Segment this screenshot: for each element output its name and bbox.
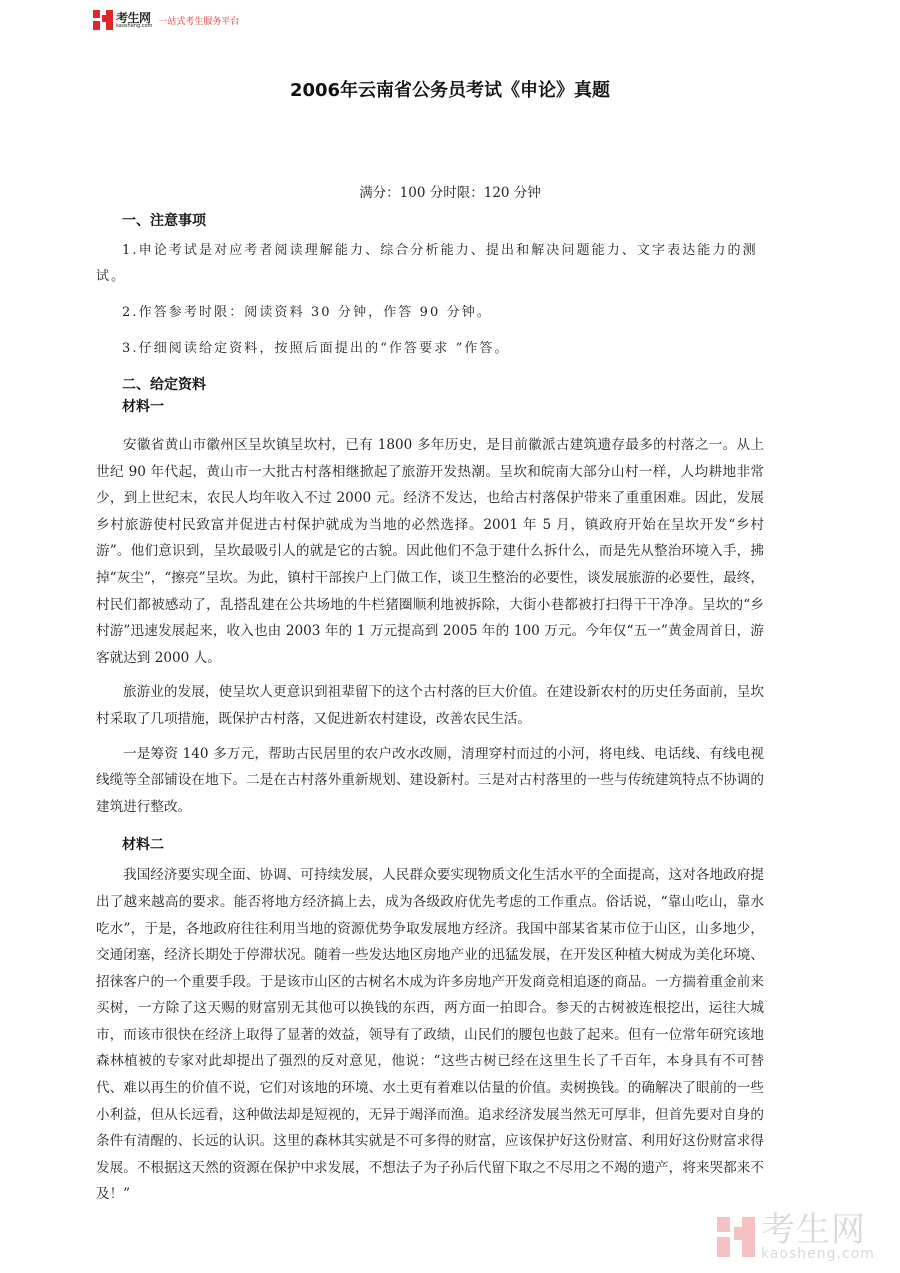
material-1-paragraph: 安徽省黄山市徽州区呈坎镇呈坎村，已有 1800 多年历史，是目前徽派古建筑遗存最… [96, 432, 764, 671]
section-heading-materials: 二、给定资料 [122, 374, 764, 396]
document-title: 2006年云南省公务员考试《申论》真题 [0, 76, 900, 102]
kaosheng-logo-icon [93, 10, 113, 30]
exam-meta: 满分：100 分时限：120 分钟 [0, 181, 900, 201]
slogan: 一站式考生服务平台 [158, 14, 239, 27]
material-1-paragraph: 旅游业的发展，使呈坎人更意识到祖辈留下的这个古村落的巨大价值。在建设新农村的历史… [96, 679, 764, 732]
watermark: 考生网 kaosheng.com [717, 1213, 875, 1261]
watermark-text: 考生网 kaosheng.com [761, 1213, 875, 1261]
watermark-en: kaosheng.com [761, 1247, 875, 1261]
document-body: 一、注意事项 1.申论考试是对应考者阅读理解能力、综合分析能力、提出和解决问题能… [96, 210, 764, 1208]
site-header: 考生网 kaosheng.com 一站式考生服务平台 [93, 7, 239, 33]
logo-cn: 考生网 [116, 12, 152, 24]
material-2-heading: 材料二 [122, 834, 764, 856]
material-1-paragraph: 一是筹资 140 多万元，帮助古民居里的农户改水改厕，清理穿村而过的小河，将电线… [96, 741, 764, 821]
note-item-2: 2.作答参考时限：阅读资料 30 分钟，作答 90 分钟。 [96, 300, 764, 326]
section-heading-notes: 一、注意事项 [122, 210, 764, 232]
note-item-3: 3.仔细阅读给定资料，按照后面提出的“作答要求 ”作答。 [96, 336, 764, 362]
watermark-cn: 考生网 [761, 1213, 875, 1247]
watermark-logo-icon [717, 1217, 755, 1257]
material-1-heading: 材料一 [122, 396, 764, 418]
logo-text: 考生网 kaosheng.com [116, 12, 152, 29]
logo-en: kaosheng.com [116, 24, 152, 29]
note-item-1: 1.申论考试是对应考者阅读理解能力、综合分析能力、提出和解决问题能力、文字表达能… [96, 238, 764, 290]
material-2-paragraph: 我国经济要实现全面、协调、可持续发展，人民群众要实现物质文化生活水平的全面提高，… [96, 862, 764, 1208]
